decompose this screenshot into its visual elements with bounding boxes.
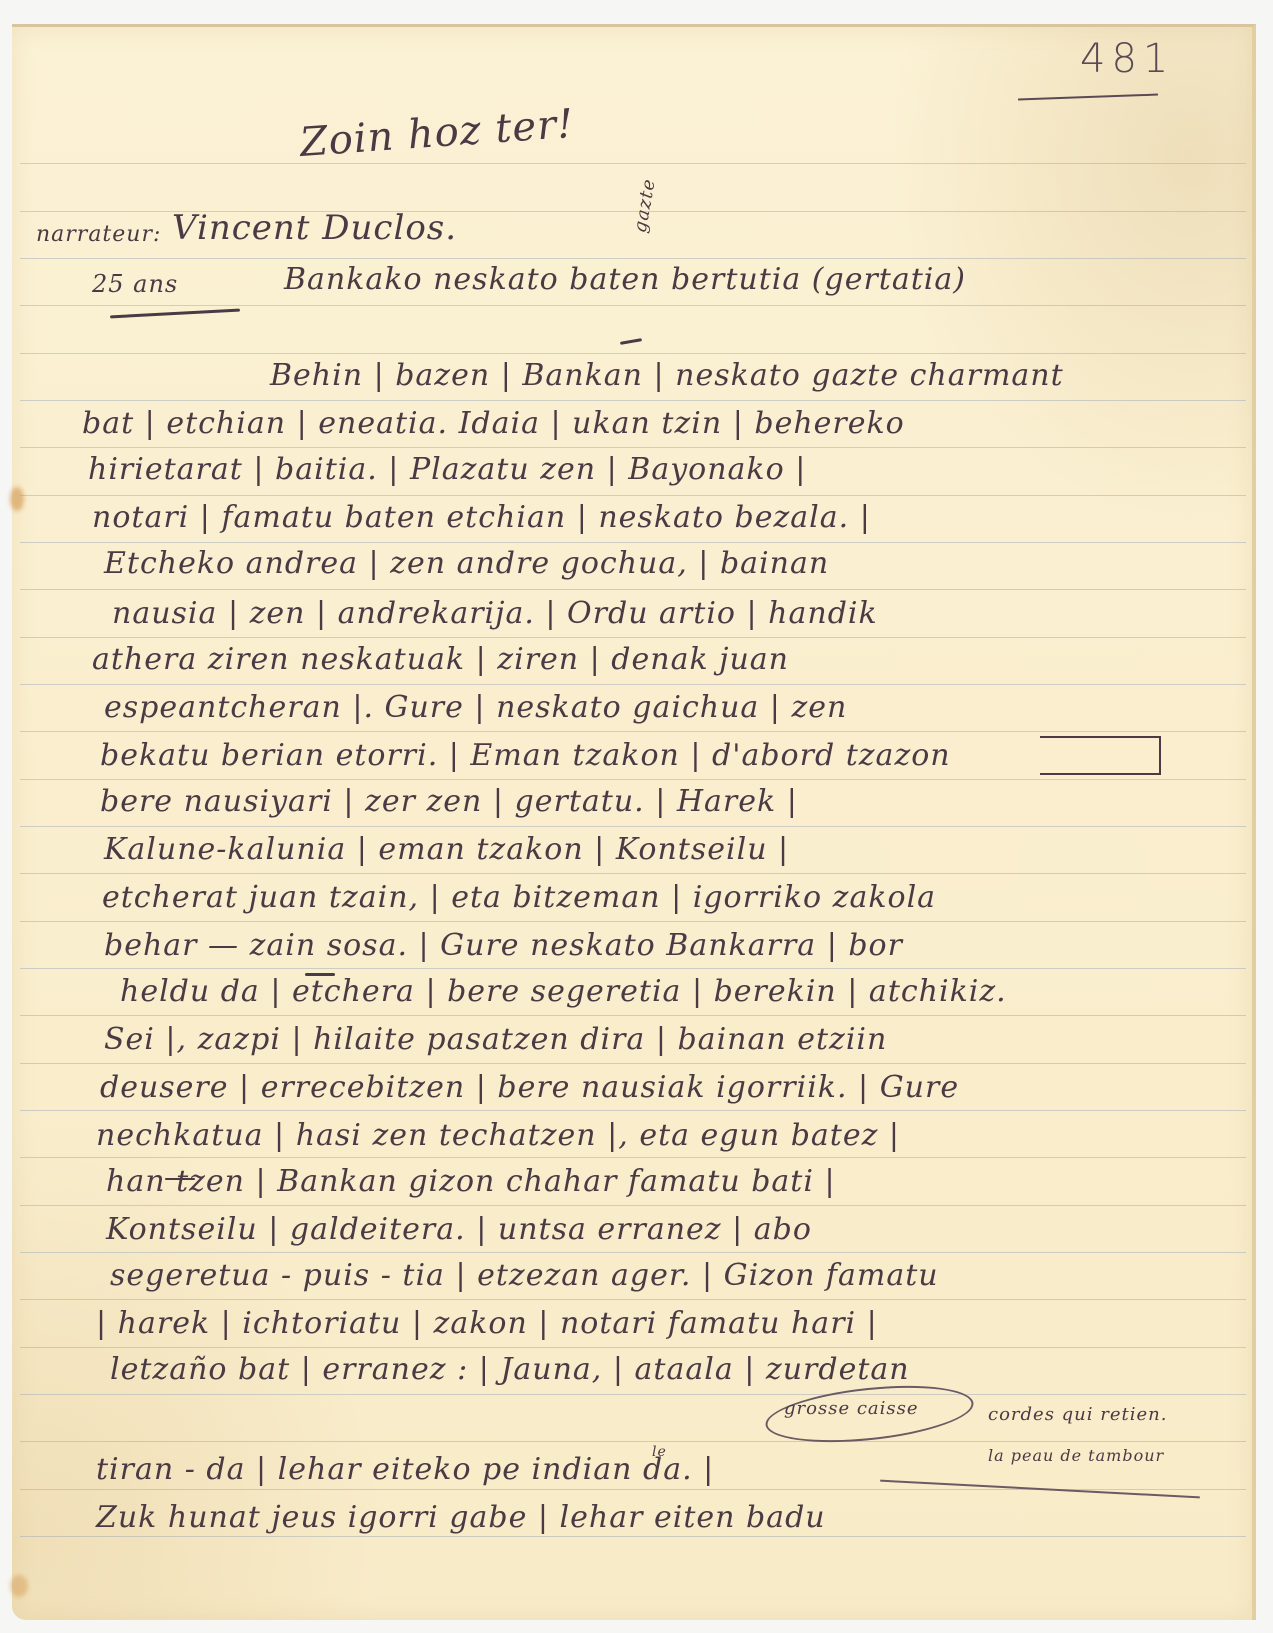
text-line: heldu da | etchera | bere segeretia | be… bbox=[120, 974, 1007, 1009]
ruled-line bbox=[20, 353, 1246, 354]
ruled-line bbox=[20, 826, 1246, 827]
ruled-line bbox=[20, 495, 1246, 496]
superscript-mark: le bbox=[652, 1444, 667, 1460]
text-line: segeretua - puis - tia | etzezan ager. |… bbox=[110, 1258, 939, 1293]
narrator-name: Vincent Duclos. bbox=[172, 208, 457, 248]
paper-stain bbox=[10, 487, 24, 511]
ruled-line bbox=[20, 921, 1246, 922]
text-line: bere nausiyari | zer zen | gertatu. | Ha… bbox=[100, 784, 798, 819]
annotation-side-note: la peau de tambour bbox=[988, 1446, 1164, 1465]
dash-mark bbox=[165, 1178, 195, 1180]
ruled-line bbox=[20, 1441, 1246, 1442]
ruled-line bbox=[20, 447, 1246, 448]
ruled-line bbox=[20, 163, 1246, 164]
text-line: tiran - da | lehar eiteko pe indian da. … bbox=[96, 1452, 714, 1487]
story-subtitle: Bankako neskato baten bertutia (gertatia… bbox=[284, 262, 966, 297]
ruled-line bbox=[20, 731, 1246, 732]
text-line: | harek | ichtoriatu | zakon | notari fa… bbox=[96, 1306, 878, 1341]
text-line: Behin | bazen | Bankan | neskato gazte c… bbox=[270, 358, 1064, 393]
text-line: espeantcheran |. Gure | neskato gaichua … bbox=[104, 690, 847, 725]
ruled-line bbox=[20, 684, 1246, 685]
ruled-line bbox=[20, 589, 1246, 590]
ruled-line bbox=[20, 258, 1246, 259]
ruled-line bbox=[20, 637, 1246, 638]
text-line: bekatu berian etorri. | Eman tzakon | d'… bbox=[100, 738, 951, 773]
ruled-line bbox=[20, 1347, 1246, 1348]
text-line: Kalune-kalunia | eman tzakon | Kontseilu… bbox=[104, 832, 789, 867]
annotation-side-note: cordes qui retien. bbox=[988, 1404, 1167, 1425]
boxed-word: tzazon bbox=[1040, 736, 1161, 775]
text-line: etcherat juan tzain, | eta bitzeman | ig… bbox=[102, 880, 936, 915]
ruled-line bbox=[20, 1063, 1246, 1064]
dash-mark bbox=[305, 973, 335, 976]
text-line: Kontseilu | galdeitera. | untsa erranez … bbox=[106, 1212, 812, 1247]
text-line: letzaño bat | erranez : | Jauna, | ataal… bbox=[110, 1352, 910, 1387]
ruled-line bbox=[20, 1015, 1246, 1016]
narrator-label: narrateur: bbox=[36, 222, 161, 247]
ruled-line bbox=[20, 1110, 1246, 1111]
paper-stain bbox=[10, 1575, 28, 1597]
ruled-line bbox=[20, 968, 1246, 969]
text-line: han tzen | Bankan gizon chahar famatu ba… bbox=[106, 1164, 836, 1199]
text-line: nausia | zen | andrekarija. | Ordu artio… bbox=[112, 596, 878, 631]
text-line: deusere | errecebitzen | bere nausiak ig… bbox=[100, 1070, 959, 1105]
ruled-line bbox=[20, 1205, 1246, 1206]
page-number: 481 bbox=[1080, 36, 1174, 82]
ruled-line bbox=[20, 1299, 1246, 1300]
annotation-circled-text: grosse caisse bbox=[784, 1398, 919, 1419]
ruled-line bbox=[20, 1252, 1246, 1253]
text-line: Sei |, zazpi | hilaite pasatzen dira | b… bbox=[104, 1022, 887, 1057]
narrator-age: 25 ans bbox=[92, 270, 178, 298]
text-line: Zuk hunat jeus igorri gabe | lehar eiten… bbox=[96, 1500, 826, 1535]
ruled-line bbox=[20, 400, 1246, 401]
text-line: nechkatua | hasi zen techatzen |, eta eg… bbox=[96, 1118, 900, 1153]
ruled-line bbox=[20, 1394, 1246, 1395]
text-line: hirietarat | baitia. | Plazatu zen | Bay… bbox=[88, 452, 806, 487]
ruled-line bbox=[20, 305, 1246, 306]
ruled-line bbox=[20, 1536, 1246, 1537]
text-line: athera ziren neskatuak | ziren | denak j… bbox=[92, 642, 789, 677]
text-line: Etcheko andrea | zen andre gochua, | bai… bbox=[104, 546, 829, 581]
ruled-line bbox=[20, 1157, 1246, 1158]
ruled-line bbox=[20, 873, 1246, 874]
ruled-line bbox=[20, 779, 1246, 780]
text-line: behar — zain sosa. | Gure neskato Bankar… bbox=[104, 928, 903, 963]
text-line: bat | etchian | eneatia. Idaia | ukan tz… bbox=[82, 406, 905, 441]
text-line: notari | famatu baten etchian | neskato … bbox=[92, 500, 871, 535]
ruled-line bbox=[20, 542, 1246, 543]
